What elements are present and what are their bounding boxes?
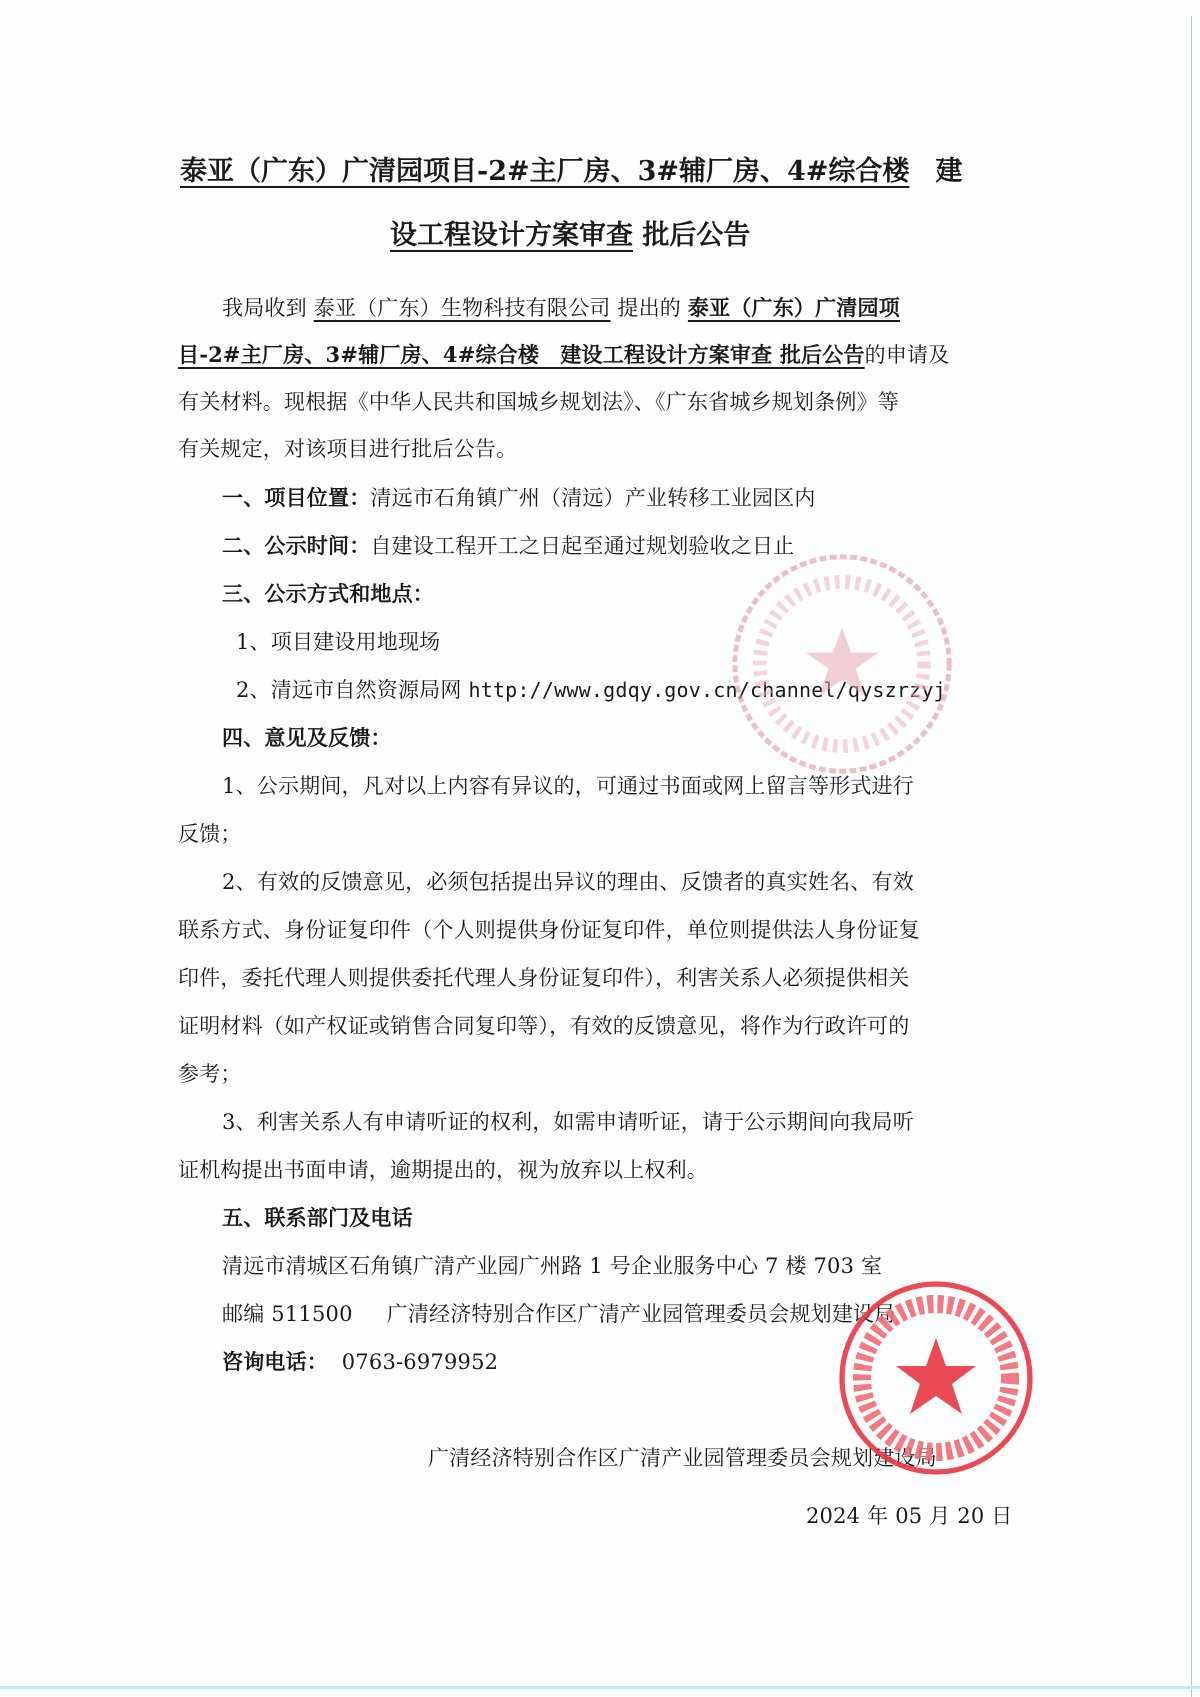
method-2-prefix: 2、清远市自然资源局网: [236, 678, 462, 702]
feedback-3-line-a: 3、利害关系人有申请听证的权利，如需申请听证，请于公示期间向我局听: [222, 1106, 914, 1136]
applicant-company: 泰亚（广东）生物科技有限公司: [314, 296, 611, 320]
faded-official-seal: [728, 550, 956, 778]
postcode: 邮编 511500: [222, 1302, 353, 1326]
phone-label: 咨询电话：: [222, 1349, 328, 1374]
intro-line-3: 有关材料。现根据《中华人民共和国城乡规划法》、《广东省城乡规划条例》等: [178, 386, 899, 416]
title-underlined-part-1: 泰亚（广东）广清园项目-2#主厂房、3#辅厂房、4#综合楼: [180, 156, 909, 187]
contact-postcode-dept: 邮编 511500广清经济特别合作区广清产业园管理委员会规划建设局: [222, 1298, 895, 1328]
section-location: 一、项目位置：清远市石角镇广州（清远）产业转移工业园区内: [222, 482, 816, 512]
page-edge-bottom: [0, 1686, 1200, 1689]
section-feedback-label: 四、意见及反馈：: [222, 722, 392, 752]
intro-line-2: 目-2#主厂房、3#辅厂房、4#综合楼 建设工程设计方案审查 批后公告的申请及: [178, 339, 949, 369]
project-name-part-1: 泰亚（广东）广清园项: [688, 295, 900, 320]
title-tail-2: 批后公告: [642, 220, 750, 251]
feedback-2-line-c: 印件，委托代理人则提供委托代理人身份证复印件），利害关系人必须提供相关: [178, 962, 910, 992]
feedback-1-line-b: 反馈；: [178, 818, 242, 848]
seal-star-icon: [728, 550, 956, 778]
signature-date: 2024 年 05 月 20 日: [806, 1500, 1012, 1530]
feedback-2-line-e: 参考；: [178, 1058, 242, 1088]
intro-line-1: 我局收到 泰亚（广东）生物科技有限公司 提出的 泰亚（广东）广清园项: [222, 292, 900, 322]
feedback-2-line-a: 2、有效的反馈意见，必须包括提出异议的理由、反馈者的真实姓名、有效: [222, 866, 914, 896]
project-name-part-2: 目-2#主厂房、3#辅厂房、4#综合楼 建设工程设计方案审查 批后公告: [178, 342, 865, 367]
page-edge-right: [1191, 16, 1192, 1697]
document-title-line-2: 设工程设计方案审查 批后公告: [390, 204, 750, 268]
method-item-1: 1、项目建设用地现场: [236, 626, 440, 656]
feedback-2-line-d: 证明材料（如产权证或销售合同复印等），有效的反馈意见，将作为行政许可的: [178, 1010, 910, 1040]
intro-prefix: 我局收到: [222, 296, 307, 320]
feedback-3-line-b: 证机构提出书面申请，逾期提出的，视为放弃以上权利。: [178, 1154, 708, 1184]
intro-line-4: 有关规定，对该项目进行批后公告。: [178, 433, 517, 463]
contact-department: 广清经济特别合作区广清产业园管理委员会规划建设局: [387, 1302, 896, 1326]
title-tail-1: 建: [935, 156, 962, 187]
section-contact-label: 五、联系部门及电话: [222, 1202, 413, 1232]
section-time: 二、公示时间：自建设工程开工之日起至通过规划验收之日止: [222, 530, 794, 560]
document-title-line-1: 泰亚（广东）广清园项目-2#主厂房、3#辅厂房、4#综合楼建: [180, 140, 1010, 204]
feedback-2-line-b: 联系方式、身份证复印件（个人则提供身份证复印件，单位则提供法人身份证复: [178, 914, 920, 944]
seal-star-icon-red: [836, 1278, 1036, 1478]
section-method-label: 三、公示方式和地点：: [222, 578, 434, 608]
contact-phone: 咨询电话： 0763-6979952: [222, 1346, 498, 1376]
phone-number: 0763-6979952: [342, 1350, 498, 1374]
time-label: 二、公示时间：: [222, 533, 370, 558]
intro-mid: 提出的: [617, 296, 681, 320]
title-underlined-part-2: 设工程设计方案审查: [390, 220, 633, 251]
location-value: 清远市石角镇广州（清远）产业转移工业园区内: [370, 486, 815, 510]
official-seal: [836, 1278, 1036, 1478]
location-label: 一、项目位置：: [222, 485, 370, 510]
intro-suffix: 的申请及: [865, 343, 950, 367]
contact-address: 清远市清城区石角镇广清产业园广州路 1 号企业服务中心 7 楼 703 室: [222, 1250, 882, 1280]
